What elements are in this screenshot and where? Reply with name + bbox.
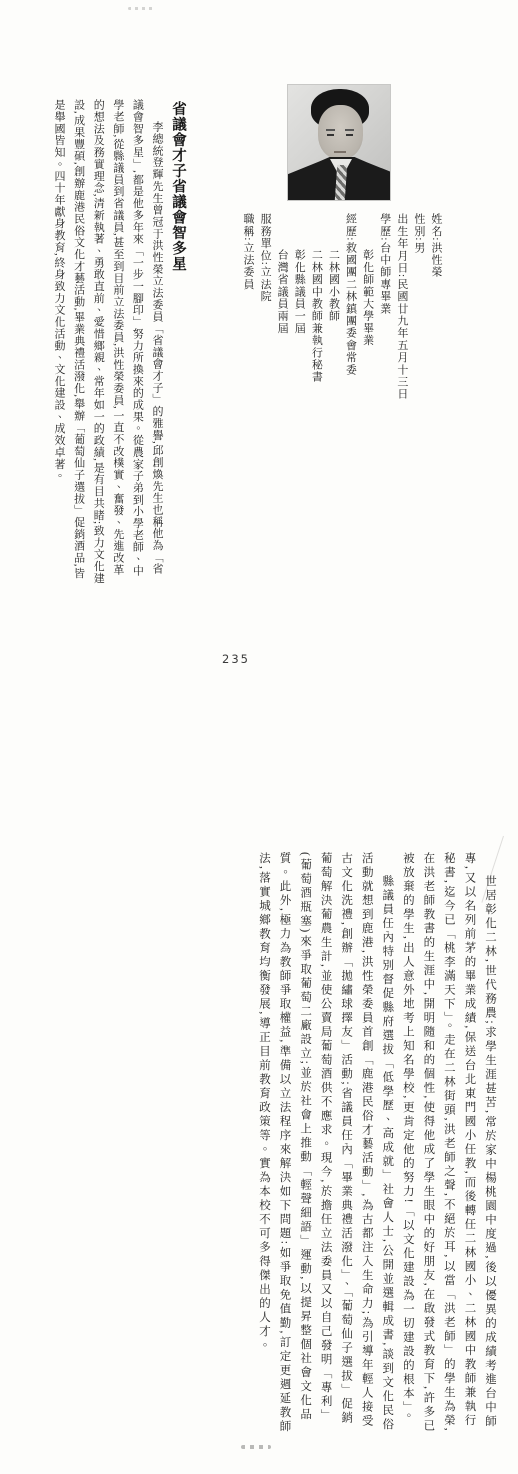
article-title: 省議會才子省議會智多星 — [167, 101, 189, 281]
intro-paragraph: 李總統登輝先生曾冠于洪性榮立法委員「省議會才子」的雅譽,邱創煥先生也稱他為「省議… — [48, 99, 166, 586]
intro-block: 李總統登輝先生曾冠于洪性榮立法委員「省議會才子」的雅譽,邱創煥先生也稱他為「省議… — [48, 99, 166, 586]
profile-field-job-title: 職稱:立法委員 — [239, 213, 256, 420]
profile-field-birthdate: 出生年月日:民國廿九年五月十三日 — [393, 213, 410, 420]
profile-field-education-1: 學歷:台中師專畢業 — [376, 213, 393, 420]
profile-field-experience-1: 經歷:救國團二林鎮團委會常委 — [341, 213, 358, 420]
body-paragraph-2: 縣議員任內特別督促縣府選拔「低學歷、高成就」社會人士,公開並選輯成書,談到文化民… — [253, 852, 397, 1438]
profile-field-experience-4: 彰化縣議員一屆 — [290, 213, 307, 420]
scan-artifact-top — [128, 7, 154, 10]
portrait-mouth — [334, 151, 346, 153]
page-number: 235 — [222, 652, 250, 666]
profile-fields: 姓名:洪性榮 性別:男 出生年月日:民國廿九年五月十三日 學歷:台中師專畢業 彰… — [239, 213, 444, 420]
portrait-eye-left — [327, 134, 334, 136]
profile-field-experience-2: 二林國小教師 — [324, 213, 341, 420]
portrait-photo — [287, 84, 391, 201]
body-paragraph-1: 世居彰化二林,世代務農;求學生涯甚苦,常於家中楊桃園中度過,後以優異的成績考進台… — [397, 852, 500, 1438]
body-text-block: 世居彰化二林,世代務農;求學生涯甚苦,常於家中楊桃園中度過,後以優異的成績考進台… — [212, 852, 500, 1438]
portrait-eye-right — [346, 134, 353, 136]
profile-field-name: 姓名:洪性榮 — [427, 213, 444, 420]
scan-artifact-bottom — [241, 1445, 271, 1449]
scanned-biography-page: 省議會才子省議會智多星 姓名:洪性榮 性別:男 出生年月日:民國廿九年五月十三日… — [0, 0, 518, 1474]
portrait-eyebrow-right — [345, 129, 354, 131]
profile-field-service-unit: 服務單位:立法院 — [256, 213, 273, 420]
profile-field-experience-3: 二林國中教師兼執行秘書 — [307, 213, 324, 420]
profile-field-experience-5: 台灣省議員兩屆 — [273, 213, 290, 420]
profile-field-education-2: 彰化師範大學畢業 — [359, 213, 376, 420]
portrait-eyebrow-left — [326, 129, 335, 131]
profile-field-gender: 性別:男 — [410, 213, 427, 420]
